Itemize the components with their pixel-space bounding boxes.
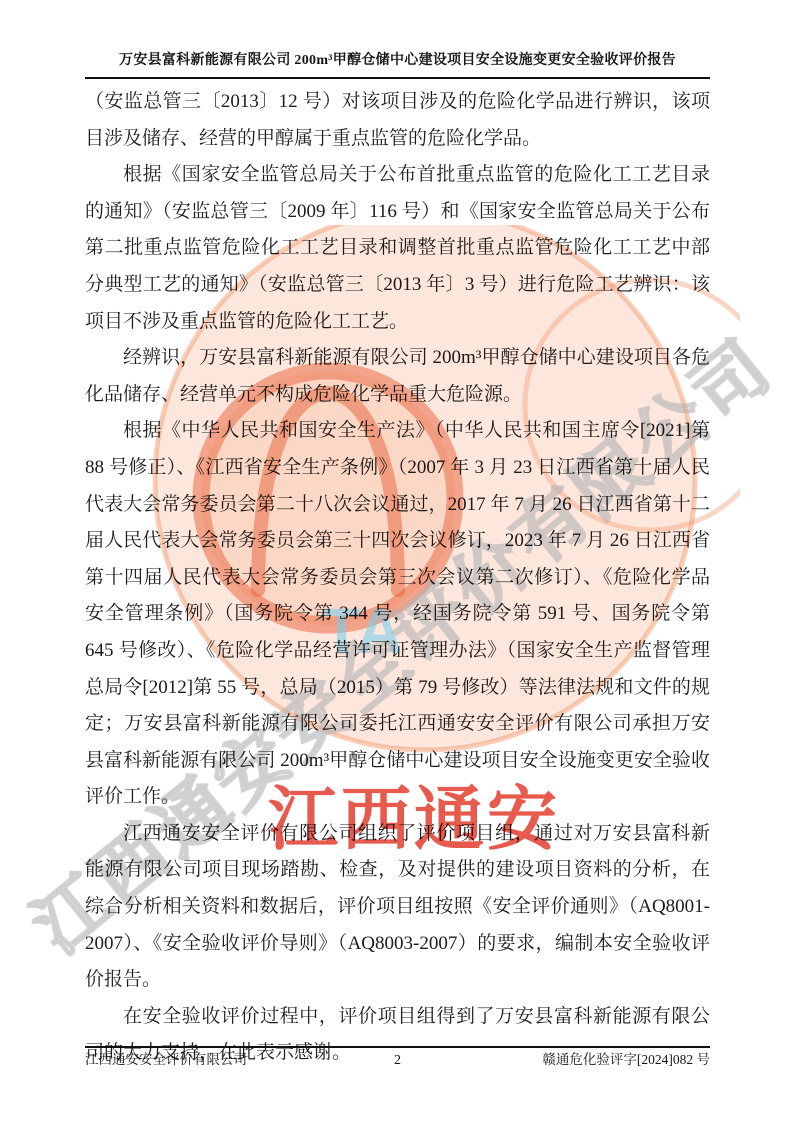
footer-page-number: 2 — [368, 1052, 428, 1070]
report-page: 万安县富科新能源有限公司 200m³甲醇仓储中心建设项目安全设施变更安全验收评价… — [0, 0, 794, 1123]
document-body: （安监总管三〔2013〕12 号）对该项目涉及的危险化学品进行辨识，该项目涉及储… — [85, 84, 710, 1072]
page-header-title: 万安县富科新能源有限公司 200m³甲醇仓储中心建设项目安全设施变更安全验收评价… — [85, 50, 710, 72]
header-rule — [85, 77, 710, 79]
footer-rule — [85, 1046, 710, 1048]
page-footer: 江西通安安全评价有限公司 2 赣通危化验评字[2024]082 号 — [85, 1051, 710, 1070]
body-paragraph: 经辨识，万安县富科新能源有限公司 200m³甲醇仓储中心建设项目各危化品储存、经… — [85, 340, 710, 413]
body-paragraph: 根据《国家安全监管总局关于公布首批重点监管的危险化工工艺目录的通知》（安监总管三… — [85, 157, 710, 340]
footer-doc-number: 赣通危化验评字[2024]082 号 — [428, 1051, 711, 1069]
body-paragraph: （安监总管三〔2013〕12 号）对该项目涉及的危险化学品进行辨识，该项目涉及储… — [85, 84, 710, 157]
footer-company: 江西通安安全评价有限公司 — [85, 1051, 368, 1069]
body-paragraph: 根据《中华人民共和国安全生产法》（中华人民共和国主席令[2021]第 88 号修… — [85, 413, 710, 816]
body-paragraph: 江西通安安全评价有限公司组织了评价项目组，通过对万安县富科新能源有限公司项目现场… — [85, 816, 710, 999]
